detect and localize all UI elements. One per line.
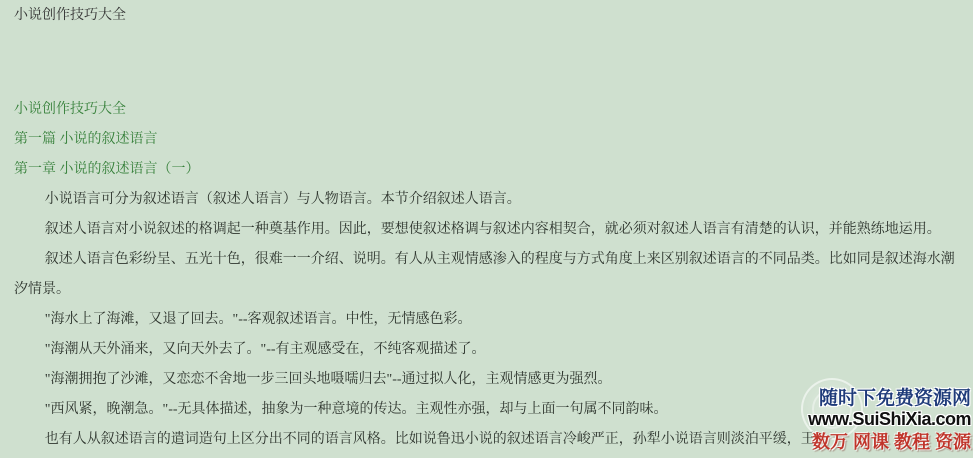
doc-top-title: 小说创作技巧大全 xyxy=(14,1,959,31)
quote-example-1: "海水上了海滩，又退了回去。"--客观叙述语言。中性，无情感色彩。 xyxy=(14,305,959,335)
paragraph-3: 叙述人语言色彩纷呈、五光十色，很难一一介绍、说明。有人从主观情感渗入的程度与方式… xyxy=(14,245,959,305)
paragraph-2: 叙述人语言对小说叙述的格调起一种奠基作用。因此，要想使叙述格调与叙述内容相契合，… xyxy=(14,215,959,245)
paragraph-1: 小说语言可分为叙述语言（叙述人语言）与人物语言。本节介绍叙述人语言。 xyxy=(14,185,959,215)
quote-example-2: "海潮从天外涌来，又向天外去了。"--有主观感受在，不纯客观描述了。 xyxy=(14,335,959,365)
doc-heading-part: 第一篇 小说的叙述语言 xyxy=(14,125,959,155)
watermark: 随时下免费资源网 www.SuiShiXia.com 数万 网课 教程 资源 xyxy=(801,378,973,458)
doc-heading-title: 小说创作技巧大全 xyxy=(14,95,959,125)
watermark-site-name: 随时下免费资源网 xyxy=(801,388,971,409)
watermark-url: www.SuiShiXia.com xyxy=(801,409,971,430)
doc-heading-chapter: 第一章 小说的叙述语言（一） xyxy=(14,155,959,185)
watermark-tagline: 数万 网课 教程 资源 xyxy=(801,430,971,454)
